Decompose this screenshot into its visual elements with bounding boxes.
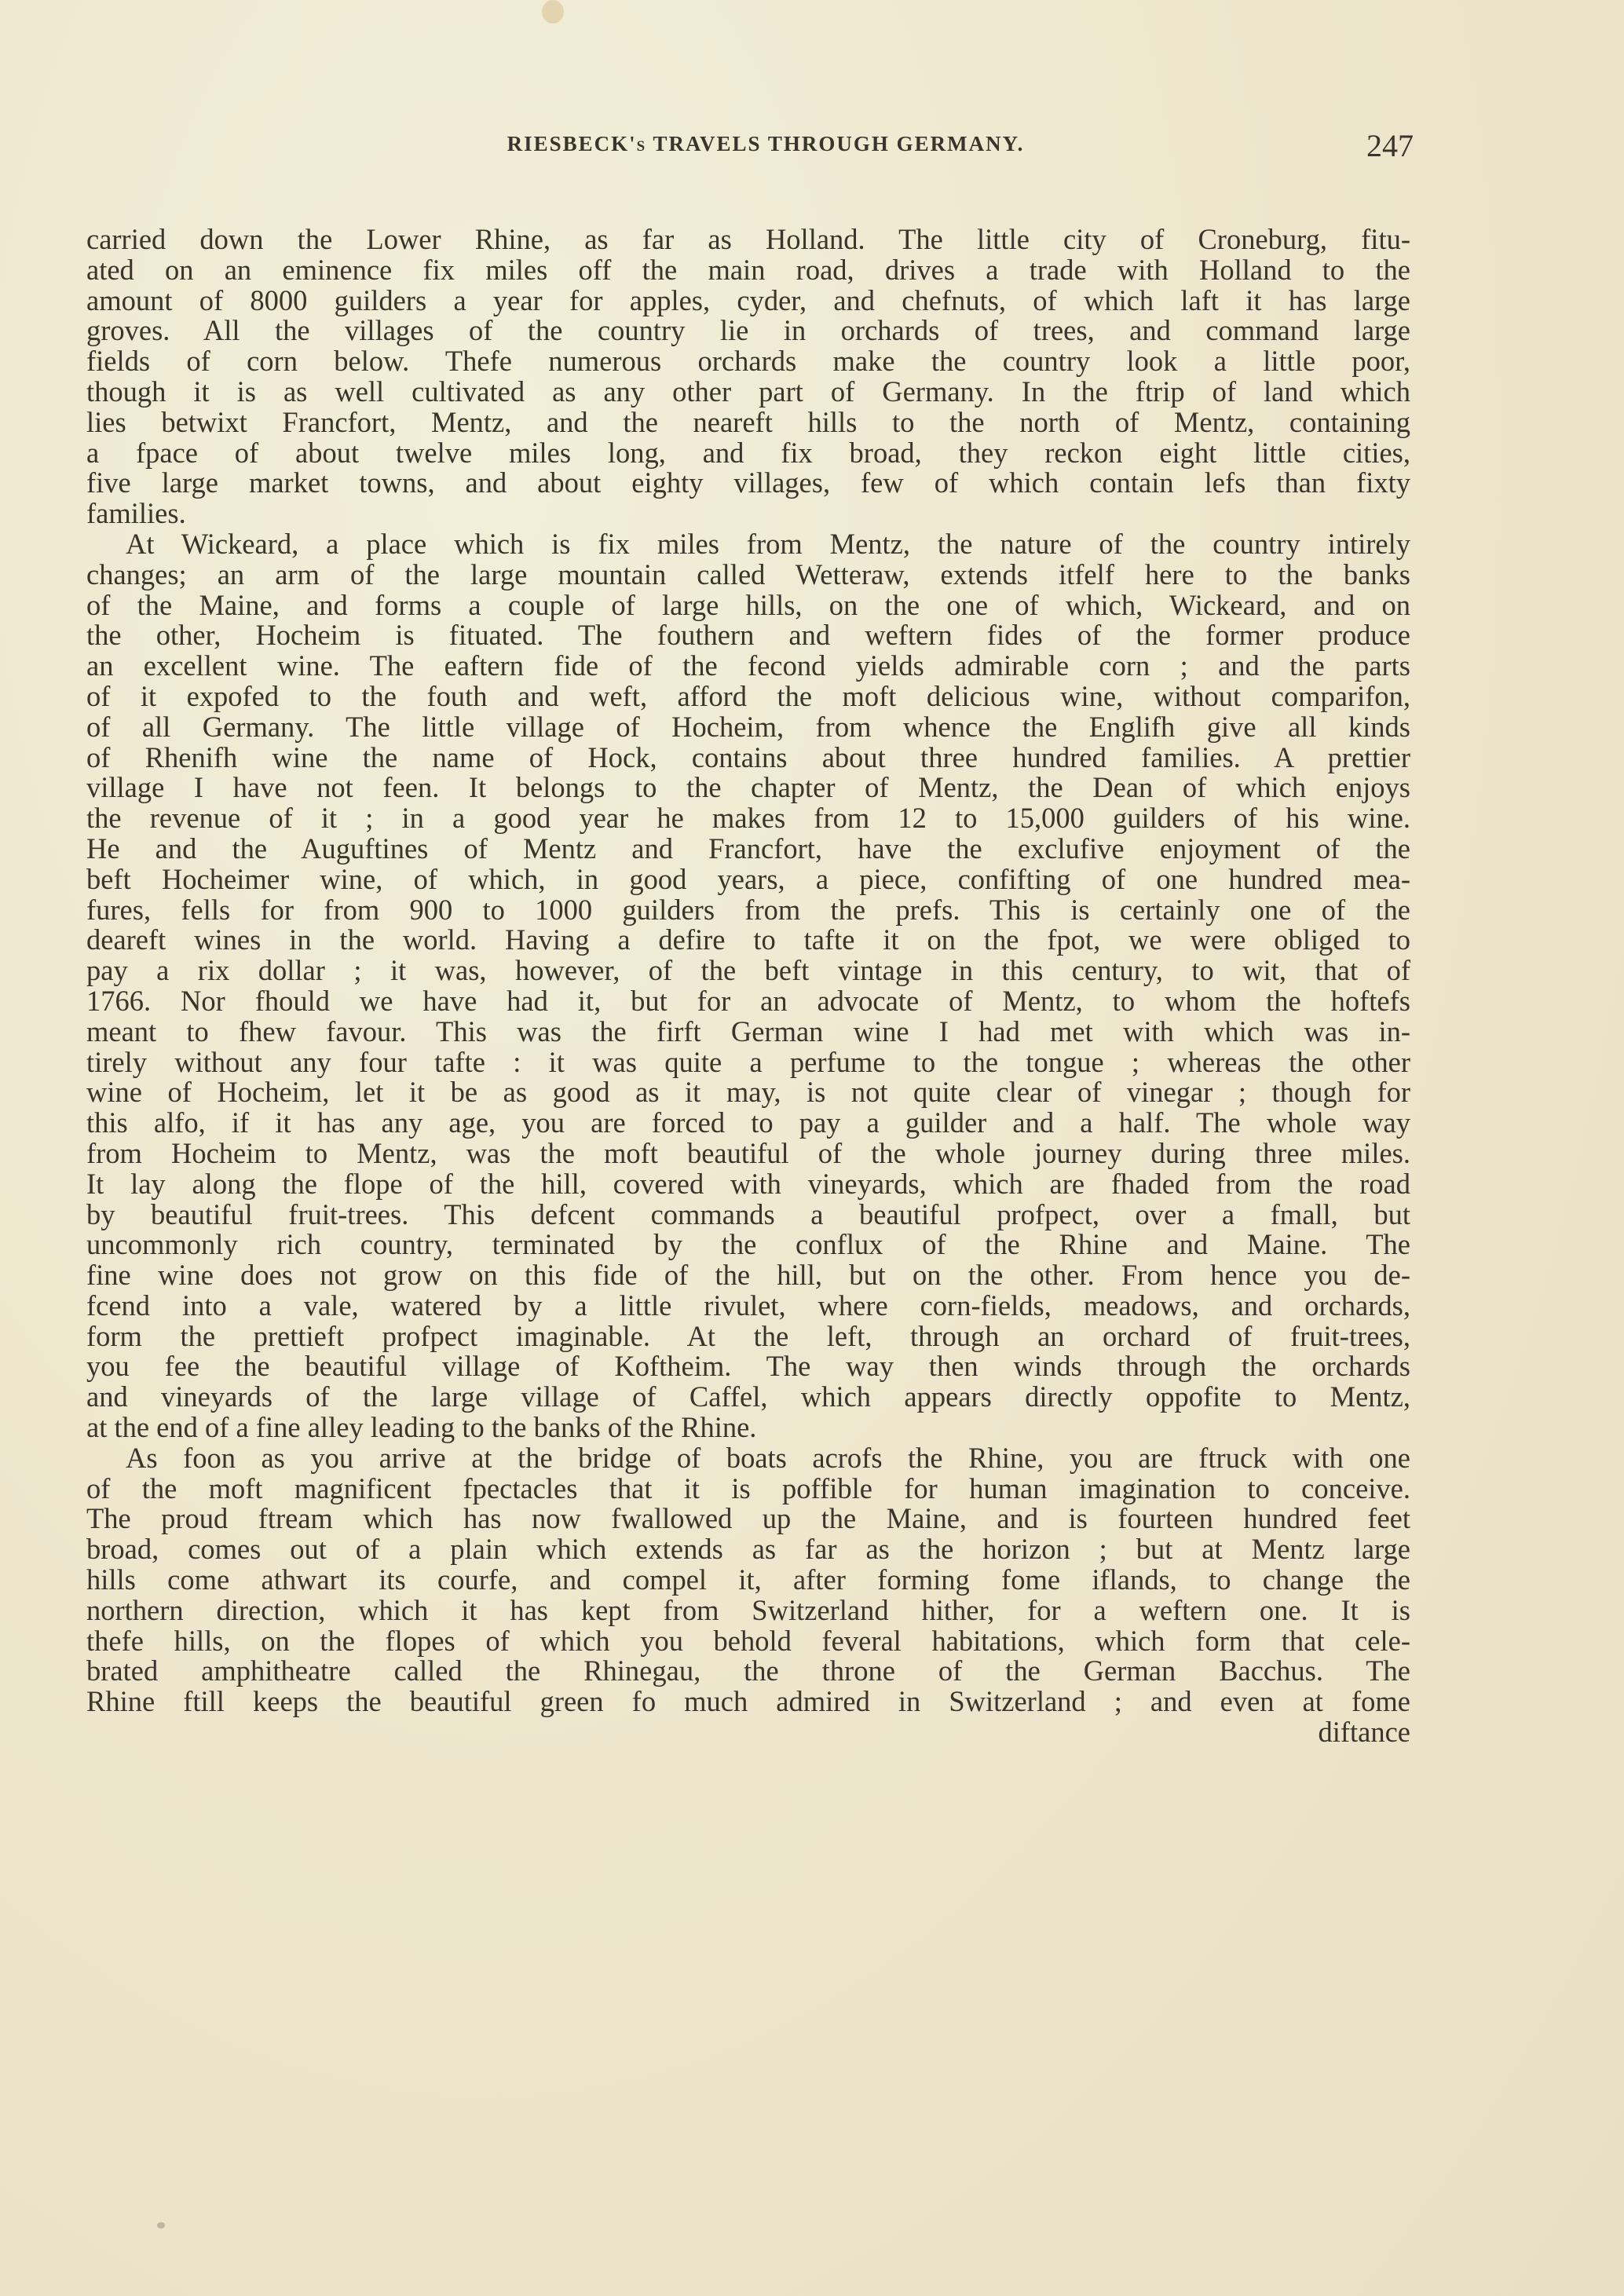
text-line: northern direction, which it has kept fr… xyxy=(86,1596,1410,1626)
text-line: carried down the Lower Rhine, as far as … xyxy=(86,225,1410,255)
text-line: Rhine ftill keeps the beautiful green fo… xyxy=(86,1687,1410,1717)
text-line: a fpace of about twelve miles long, and … xyxy=(86,438,1410,469)
text-line: of Rhenifh wine the name of Hock, contai… xyxy=(86,743,1410,773)
text-line: groves. All the villages of the country … xyxy=(86,316,1410,346)
text-line: It lay along the flope of the hill, cove… xyxy=(86,1169,1410,1200)
page-number: 247 xyxy=(1366,127,1414,164)
text-line: and vineyards of the large village of Ca… xyxy=(86,1382,1410,1413)
text-line: form the prettieft profpect imaginable. … xyxy=(86,1322,1410,1352)
text-line: of the moft magnificent fpectacles that … xyxy=(86,1474,1410,1504)
paper-speck xyxy=(157,2222,165,2228)
text-line: deareft wines in the world. Having a def… xyxy=(86,925,1410,956)
text-line: the other, Hocheim is fituated. The fout… xyxy=(86,620,1410,651)
paper-stain xyxy=(542,0,564,24)
body-text: carried down the Lower Rhine, as far as … xyxy=(86,225,1410,1748)
text-line: fcend into a vale, watered by a little r… xyxy=(86,1291,1410,1322)
text-line: fields of corn below. Thefe numerous orc… xyxy=(86,346,1410,377)
text-line: hills come athwart its courfe, and compe… xyxy=(86,1565,1410,1596)
text-line: you fee the beautiful village of Kofthei… xyxy=(86,1351,1410,1382)
text-line: amount of 8000 guilders a year for apple… xyxy=(86,286,1410,316)
text-line: uncommonly rich country, terminated by t… xyxy=(86,1230,1410,1260)
text-line: 1766. Nor fhould we have had it, but for… xyxy=(86,986,1410,1017)
text-line: At Wickeard, a place which is fix miles … xyxy=(86,529,1410,560)
text-line: of the Maine, and forms a couple of larg… xyxy=(86,590,1410,621)
text-line: brated amphitheatre called the Rhinegau,… xyxy=(86,1656,1410,1687)
text-line: thefe hills, on the flopes of which you … xyxy=(86,1626,1410,1657)
text-line: broad, comes out of a plain which extend… xyxy=(86,1534,1410,1565)
text-line: the revenue of it ; in a good year he ma… xyxy=(86,803,1410,834)
text-line: an excellent wine. The eaftern fide of t… xyxy=(86,651,1410,682)
catchword: diftance xyxy=(86,1717,1410,1748)
text-line: changes; an arm of the large mountain ca… xyxy=(86,560,1410,590)
text-line: of it expofed to the fouth and weft, aff… xyxy=(86,682,1410,712)
text-line: from Hocheim to Mentz, was the moft beau… xyxy=(86,1139,1410,1169)
text-line: village I have not feen. It belongs to t… xyxy=(86,773,1410,803)
text-line: families. xyxy=(86,499,1410,529)
text-line: fures, fells for from 900 to 1000 guilde… xyxy=(86,895,1410,926)
text-line: five large market towns, and about eight… xyxy=(86,468,1410,499)
text-line: of all Germany. The little village of Ho… xyxy=(86,712,1410,743)
text-line: wine of Hocheim, let it be as good as it… xyxy=(86,1077,1410,1108)
text-line: by beautiful fruit-trees. This defcent c… xyxy=(86,1200,1410,1230)
text-line: ated on an eminence fix miles off the ma… xyxy=(86,255,1410,286)
text-line: beft Hocheimer wine, of which, in good y… xyxy=(86,865,1410,895)
text-line: As foon as you arrive at the bridge of b… xyxy=(86,1443,1410,1474)
text-line: fine wine does not grow on this fide of … xyxy=(86,1260,1410,1291)
text-line: tirely without any four tafte : it was q… xyxy=(86,1047,1410,1078)
text-line: pay a rix dollar ; it was, however, of t… xyxy=(86,956,1410,986)
running-head: RIESBECK's TRAVELS THROUGH GERMANY. xyxy=(86,132,1414,156)
text-line: lies betwixt Francfort, Mentz, and the n… xyxy=(86,408,1410,438)
text-line: though it is as well cultivated as any o… xyxy=(86,377,1410,408)
page-header: RIESBECK's TRAVELS THROUGH GERMANY. 247 xyxy=(86,132,1414,163)
text-line: meant to fhew favour. This was the firft… xyxy=(86,1017,1410,1047)
text-line: this alfo, if it has any age, you are fo… xyxy=(86,1108,1410,1139)
text-line: The proud ftream which has now fwallowed… xyxy=(86,1504,1410,1534)
text-line: He and the Auguftines of Mentz and Franc… xyxy=(86,834,1410,865)
text-line: at the end of a fine alley leading to th… xyxy=(86,1413,1410,1443)
